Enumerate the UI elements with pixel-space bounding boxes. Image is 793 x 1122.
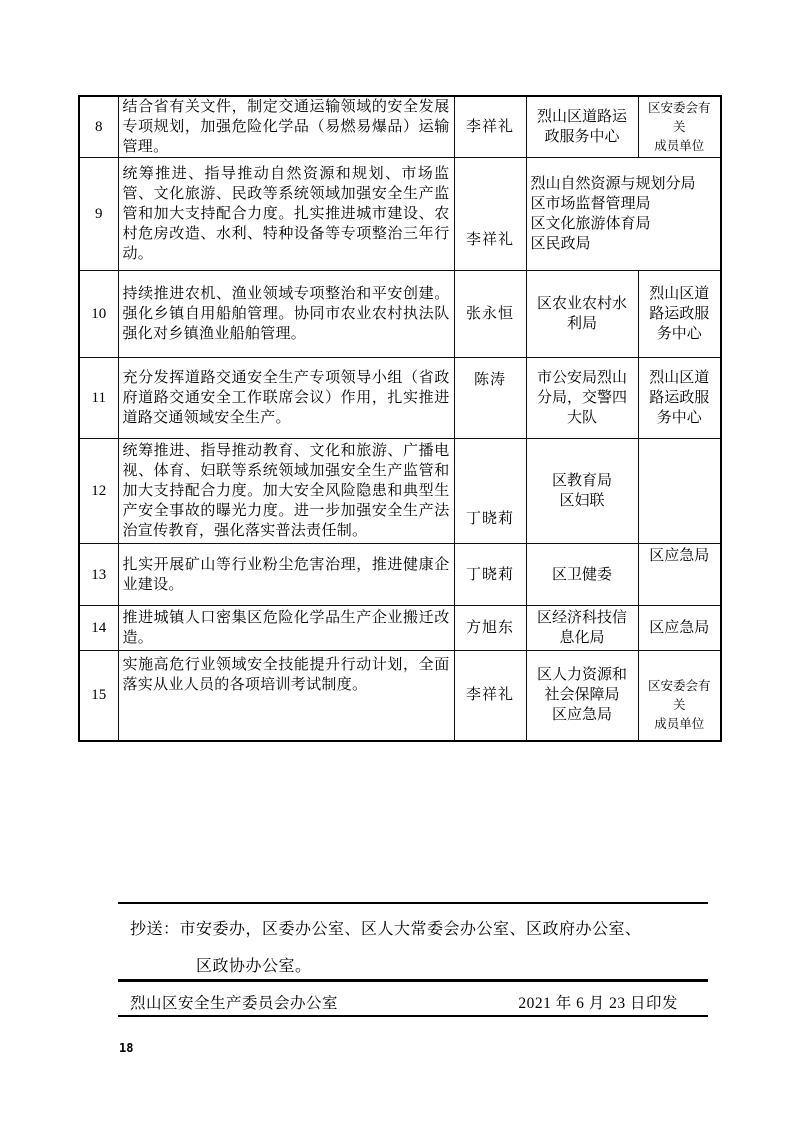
footer-divider-middle (118, 979, 708, 982)
person-cell: 张永恒 (454, 271, 526, 358)
task-cell: 实施高危行业领域安全技能提升行动计划，全面落实从业人员的各项培训考试制度。 (118, 651, 454, 741)
task-cell: 统筹推进、指导推动自然资源和规划、市场监管、文化旅游、民政等系统领域加强安全生产… (118, 158, 454, 271)
issuer-office: 烈山区安全生产委员会办公室 (130, 991, 338, 1013)
footer-divider-bottom (118, 1015, 708, 1017)
department-cell: 区人力资源和 社会保障局 区应急局 (526, 651, 638, 741)
department-cell: 区教育局 区妇联 (526, 439, 638, 544)
person-cell: 李祥礼 (454, 158, 526, 271)
task-cell: 统筹推进、指导推动教育、文化和旅游、广播电视、体育、妇联等系统领域加强安全生产监… (118, 439, 454, 544)
cooperation-cell (638, 439, 721, 544)
issue-row: 烈山区安全生产委员会办公室 2021 年 6 月 23 日印发 (130, 991, 678, 1013)
cooperation-cell: 区应急局 (638, 544, 721, 606)
department-cell: 区卫健委 (526, 544, 638, 606)
table-row: 11 充分发挥道路交通安全生产专项领导小组（省政府道路交通安全工作联席会议）作用… (79, 358, 721, 439)
cc-recipients-1: 市安委办，区委办公室、区人大常委会办公室、区政府办公室、 (180, 921, 642, 938)
cc-recipients-2: 区政协办公室。 (196, 958, 312, 975)
task-assignment-table: 8 结合省有关文件，制定交通运输领域的安全发展专项规划，加强危险化学品（易燃易爆… (78, 95, 722, 742)
page-number: 18 (119, 1041, 133, 1055)
cooperation-cell: 区安委会有关 成员单位 (638, 651, 721, 741)
department-cell: 烈山自然资源与规划分局 区市场监督管理局 区文化旅游体育局 区民政局 (526, 158, 721, 271)
cooperation-cell: 区应急局 (638, 606, 721, 651)
table-row: 13 扎实开展矿山等行业粉尘危害治理，推进健康企业建设。 丁晓莉 区卫健委 区应… (79, 544, 721, 606)
person-cell: 李祥礼 (454, 96, 526, 158)
task-cell: 结合省有关文件，制定交通运输领域的安全发展专项规划，加强危险化学品（易燃易爆品）… (118, 96, 454, 158)
row-number: 8 (79, 96, 118, 158)
department-cell: 区农业农村水 利局 (526, 271, 638, 358)
table-row: 12 统筹推进、指导推动教育、文化和旅游、广播电视、体育、妇联等系统领域加强安全… (79, 439, 721, 544)
table-row: 15 实施高危行业领域安全技能提升行动计划，全面落实从业人员的各项培训考试制度。… (79, 651, 721, 741)
row-number: 12 (79, 439, 118, 544)
department-cell: 烈山区道路运 政服务中心 (526, 96, 638, 158)
task-cell: 扎实开展矿山等行业粉尘危害治理，推进健康企业建设。 (118, 544, 454, 606)
person-cell: 丁晓莉 (454, 439, 526, 544)
department-cell: 区经济科技信 息化局 (526, 606, 638, 651)
person-cell: 陈涛 (454, 358, 526, 439)
task-cell: 持续推进农机、渔业领域专项整治和平安创建。强化乡镇自用船舶管理。协同市农业农村执… (118, 271, 454, 358)
person-cell: 李祥礼 (454, 651, 526, 741)
table-row: 8 结合省有关文件，制定交通运输领域的安全发展专项规划，加强危险化学品（易燃易爆… (79, 96, 721, 158)
table-row: 14 推进城镇人口密集区危险化学品生产企业搬迁改造。 方旭东 区经济科技信 息化… (79, 606, 721, 651)
table-row: 9 统筹推进、指导推动自然资源和规划、市场监管、文化旅游、民政等系统领域加强安全… (79, 158, 721, 271)
cooperation-cell: 区安委会有关 成员单位 (638, 96, 721, 158)
cooperation-cell: 烈山区道 路运政服 务中心 (638, 271, 721, 358)
row-number: 15 (79, 651, 118, 741)
department-cell: 市公安局烈山 分局，交警四 大队 (526, 358, 638, 439)
footer-divider-top (118, 902, 708, 904)
row-number: 9 (79, 158, 118, 271)
row-number: 11 (79, 358, 118, 439)
person-cell: 方旭东 (454, 606, 526, 651)
row-number: 14 (79, 606, 118, 651)
person-cell: 丁晓莉 (454, 544, 526, 606)
table-row: 10 持续推进农机、渔业领域专项整治和平安创建。强化乡镇自用船舶管理。协同市农业… (79, 271, 721, 358)
row-number: 13 (79, 544, 118, 606)
task-cell: 充分发挥道路交通安全生产专项领导小组（省政府道路交通安全工作联席会议）作用，扎实… (118, 358, 454, 439)
cooperation-cell: 烈山区道 路运政服 务中心 (638, 358, 721, 439)
cc-label: 抄送： (130, 921, 180, 938)
cc-line-2: 区政协办公室。 (196, 953, 312, 976)
row-number: 10 (79, 271, 118, 358)
cc-line-1: 抄送：市安委办，区委办公室、区人大常委会办公室、区政府办公室、 (130, 916, 642, 939)
print-date: 2021 年 6 月 23 日印发 (518, 991, 678, 1013)
document-page: 8 结合省有关文件，制定交通运输领域的安全发展专项规划，加强危险化学品（易燃易爆… (0, 0, 793, 1122)
task-cell: 推进城镇人口密集区危险化学品生产企业搬迁改造。 (118, 606, 454, 651)
